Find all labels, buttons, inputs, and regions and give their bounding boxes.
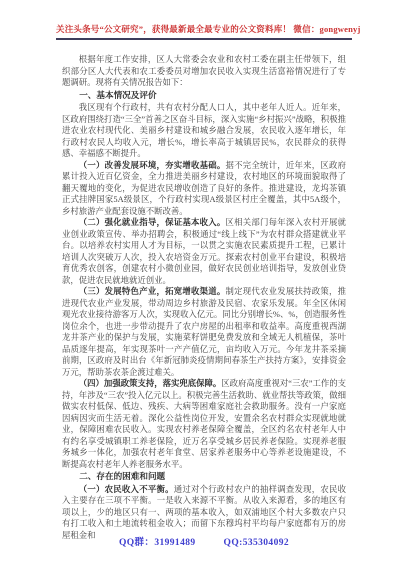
section-1-item-3-text: 制定现代农业发展扶持政策，推进现代农业产业发展，带动周边乡村旅游及民宿、农家乐发… xyxy=(62,287,346,377)
section-2-item-1-lead: （一）农民收入不平衡。 xyxy=(79,485,174,494)
section-1-item-4-lead: （四）加强政策支持，落实兜底保障。 xyxy=(79,379,221,388)
section-1-item-2: （二）强化就业指导，保证基本收入。区相关部门每年深入农村开展就业创业政策宣传、举… xyxy=(62,217,346,286)
section-1-overview: 我区现有个行政村，共有农村分配人口人，其中老年人近人。近年来，区政府围绕打造“三… xyxy=(62,102,346,160)
section-1-item-3-lead: （三）发展特色产业，拓宽增收渠道。 xyxy=(79,287,226,296)
section-2-item-1: （一）农民收入不平衡。通过对个行政村农户的抽样调查发现，农民收入主要存在三项不平… xyxy=(62,484,346,542)
promo-banner: 关注头条号“公文研究”，获得最新最全最专业的公文资料库！ 微信：gongweny… xyxy=(56,24,352,40)
section-1-item-2-text: 区相关部门每年深入农村开展就业创业政策宣传、举办招聘会，积极通过“线上线下”为农… xyxy=(62,218,346,285)
intro-paragraph: 根据年度工作安排，区人大常委会农业和农村工委在副主任带领下，组织部分区人大代表和… xyxy=(62,54,346,89)
section-1-item-3: （三）发展特色产业，拓宽增收渠道。制定现代农业发展扶持政策，推进现代农业产业发展… xyxy=(62,286,346,378)
section-1-item-1: （一）改善发展环境，夯实增收基础。据不完全统计，近年来，区政府累计投入近百亿资金… xyxy=(62,160,346,218)
qq-label: QQ: xyxy=(224,538,243,548)
section-1-heading: 一、基本情况及评价 xyxy=(62,90,346,102)
qq-group-label: QQ群： xyxy=(119,538,154,548)
qq-group-number: 31991489 xyxy=(154,538,195,548)
document-body: 根据年度工作安排，区人大常委会农业和农村工委在副主任带领下，组织部分区人大代表和… xyxy=(62,54,346,541)
section-1-item-4: （四）加强政策支持，落实兜底保障。区政府高度重视对“三农”工作的支持，年涉及“三… xyxy=(62,378,346,470)
document-page: 关注头条号“公文研究”，获得最新最全最专业的公文资料库！ 微信：gongweny… xyxy=(0,0,408,580)
section-1-item-1-lead: （一）改善发展环境，夯实增收基础。 xyxy=(79,161,226,170)
qq-group-contact: QQ群：31991489 xyxy=(119,538,196,548)
qq-contact: QQ:535304092 xyxy=(224,538,290,548)
qq-number: 535304092 xyxy=(243,538,289,548)
qq-contact-footer: QQ群：31991489QQ:535304092 xyxy=(0,534,408,548)
section-1-item-2-lead: （二）强化就业指导，保证基本收入。 xyxy=(79,218,226,227)
promo-banner-text: 关注头条号“公文研究”，获得最新最全最专业的公文资料库！ 微信：gongweny… xyxy=(56,24,361,34)
section-1-item-4-text: 区政府高度重视对“三农”工作的支持，年涉及“三农”投入亿元以上。积极完善生活救助… xyxy=(62,379,346,469)
section-2-heading: 二、存在的困难和问题 xyxy=(62,471,346,483)
